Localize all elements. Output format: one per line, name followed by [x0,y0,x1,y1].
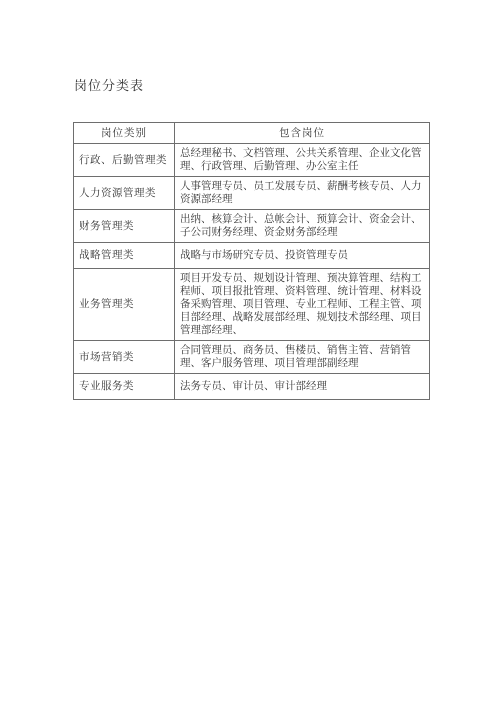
positions-cell: 法务专员、审计员、审计部经理 [175,374,430,400]
positions-cell: 合同管理员、商务员、售楼员、销售主管、营销管理、客户服务管理、项目管理部副经理 [175,341,430,374]
column-header-category: 岗位类别 [74,123,175,144]
category-cell: 财务管理类 [74,210,175,243]
document-page: 岗位分类表 岗位类别 包含岗位 行政、后勤管理类 总经理秘书、文档管理、公共关系… [0,0,500,708]
category-cell: 专业服务类 [74,374,175,400]
table-row: 行政、后勤管理类 总经理秘书、文档管理、公共关系管理、企业文化管理、行政管理、后… [74,144,430,177]
positions-cell: 出纳、核算会计、总帐会计、预算会计、资金会计、子公司财务经理、资金财务部经理 [175,210,430,243]
table-row: 人力资源管理类 人事管理专员、员工发展专员、薪酬考核专员、人力资源部经理 [74,177,430,210]
positions-cell: 战略与市场研究专员、投资管理专员 [175,243,430,269]
table-row: 战略管理类 战略与市场研究专员、投资管理专员 [74,243,430,269]
table-row: 专业服务类 法务专员、审计员、审计部经理 [74,374,430,400]
positions-cell: 项目开发专员、规划设计管理、预决算管理、结构工程师、项目报批管理、资料管理、统计… [175,269,430,341]
category-cell: 业务管理类 [74,269,175,341]
table-row: 市场营销类 合同管理员、商务员、售楼员、销售主管、营销管理、客户服务管理、项目管… [74,341,430,374]
table-row: 财务管理类 出纳、核算会计、总帐会计、预算会计、资金会计、子公司财务经理、资金财… [74,210,430,243]
page-title: 岗位分类表 [74,75,144,94]
category-cell: 战略管理类 [74,243,175,269]
column-header-positions: 包含岗位 [175,123,430,144]
category-cell: 人力资源管理类 [74,177,175,210]
positions-cell: 总经理秘书、文档管理、公共关系管理、企业文化管理、行政管理、后勤管理、办公室主任 [175,144,430,177]
category-cell: 行政、后勤管理类 [74,144,175,177]
table-header-row: 岗位类别 包含岗位 [74,123,430,144]
category-cell: 市场营销类 [74,341,175,374]
position-classification-table: 岗位类别 包含岗位 行政、后勤管理类 总经理秘书、文档管理、公共关系管理、企业文… [73,122,430,400]
positions-cell: 人事管理专员、员工发展专员、薪酬考核专员、人力资源部经理 [175,177,430,210]
table-row: 业务管理类 项目开发专员、规划设计管理、预决算管理、结构工程师、项目报批管理、资… [74,269,430,341]
